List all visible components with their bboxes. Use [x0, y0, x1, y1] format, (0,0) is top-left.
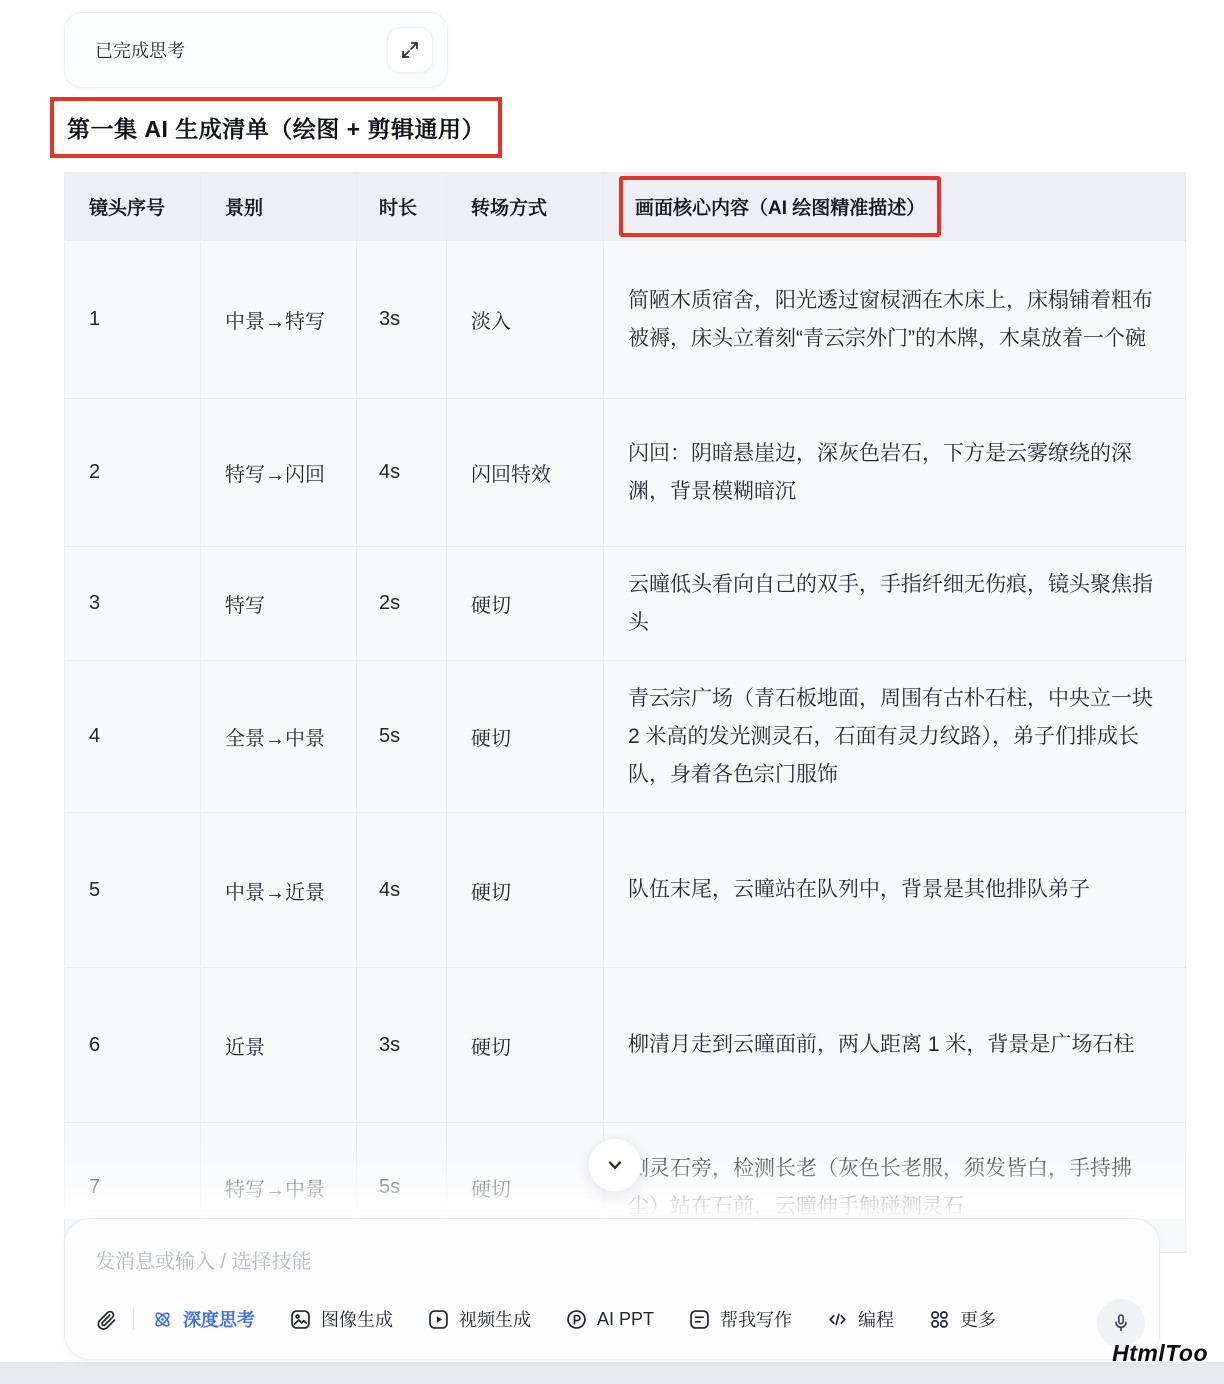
thinking-status-label: 已完成思考 — [95, 37, 387, 63]
table-row: 4全景→中景5s硬切青云宗广场（青石板地面，周围有古朴石柱，中央立一块 2 米高… — [65, 661, 1186, 813]
composer-toolbar: 深度思考图像生成视频生成AI PPT帮我写作编程更多 — [95, 1299, 1079, 1339]
description-cell: 简陋木质宿舍，阳光透过窗棂洒在木床上，床榻铺着粗布被褥，床头立着刻“青云宗外门”… — [604, 241, 1186, 399]
transition-cell: 淡入 — [447, 241, 604, 399]
description-cell: 云曈低头看向自己的双手，手指纤细无伤痕，镜头聚焦指头 — [604, 547, 1186, 661]
episode-title-box: 第一集 AI 生成清单（绘图 + 剪辑通用） — [50, 97, 502, 158]
transition-cell: 硬切 — [447, 661, 604, 813]
description-cell: 闪回：阴暗悬崖边，深灰色岩石，下方是云雾缭绕的深渊，背景模糊暗沉 — [604, 399, 1186, 547]
tool-label: 深度思考 — [183, 1306, 255, 1332]
tool-ai-ppt[interactable]: AI PPT — [565, 1308, 654, 1331]
duration-cell: 3s — [357, 968, 447, 1123]
table-row: 5中景→近景4s硬切队伍末尾，云曈站在队列中，背景是其他排队弟子 — [65, 813, 1186, 968]
ppt-icon — [565, 1308, 588, 1331]
paperclip-icon — [95, 1308, 118, 1331]
tool-label: 编程 — [858, 1306, 894, 1332]
tool-deep-thinking[interactable]: 深度思考 — [151, 1306, 255, 1332]
transition-cell: 硬切 — [447, 547, 604, 661]
transition-cell: 硬切 — [447, 968, 604, 1123]
image-icon — [289, 1308, 312, 1331]
tool-image-generation[interactable]: 图像生成 — [289, 1306, 393, 1332]
duration-cell: 5s — [357, 661, 447, 813]
table-row: 1中景→特写3s淡入简陋木质宿舍，阳光透过窗棂洒在木床上，床榻铺着粗布被褥，床头… — [65, 241, 1186, 399]
episode-title: 第一集 AI 生成清单（绘图 + 剪辑通用） — [67, 116, 485, 142]
shot-list-table: 镜头序号景别时长转场方式画面核心内容（AI 绘图精准描述） 1中景→特写3s淡入… — [64, 172, 1186, 1253]
table-row: 2特写→闪回4s闪回特效闪回：阴暗悬崖边，深灰色岩石，下方是云雾缭绕的深渊，背景… — [65, 399, 1186, 547]
thinking-status-card[interactable]: 已完成思考 — [64, 12, 448, 88]
shot-number-cell: 4 — [65, 661, 201, 813]
tool-more[interactable]: 更多 — [928, 1306, 996, 1332]
tool-video-generation[interactable]: 视频生成 — [427, 1306, 531, 1332]
tool-label: 更多 — [960, 1306, 996, 1332]
chat-input-card: 发消息或输入 / 选择技能 深度思考图像生成视频生成AI PPT帮我写作编程更多 — [64, 1218, 1160, 1360]
code-icon — [826, 1308, 849, 1331]
description-cell: 青云宗广场（青石板地面，周围有古朴石柱，中央立一块 2 米高的发光测灵石，石面有… — [604, 661, 1186, 813]
table-row: 6近景3s硬切柳清月走到云曈面前，两人距离 1 米，背景是广场石柱 — [65, 968, 1186, 1123]
shot-type-cell: 中景→近景 — [201, 813, 357, 968]
duration-cell: 3s — [357, 241, 447, 399]
scroll-to-bottom-button[interactable] — [588, 1138, 642, 1192]
description-cell: 柳清月走到云曈面前，两人距离 1 米，背景是广场石柱 — [604, 968, 1186, 1123]
shot-type-cell: 近景 — [201, 968, 357, 1123]
col-header-shot-type: 景别 — [201, 173, 357, 241]
col-header-shot-number: 镜头序号 — [65, 173, 201, 241]
table-header-row: 镜头序号景别时长转场方式画面核心内容（AI 绘图精准描述） — [65, 173, 1186, 241]
description-cell: 队伍末尾，云曈站在队列中，背景是其他排队弟子 — [604, 813, 1186, 968]
col-header-duration: 时长 — [357, 173, 447, 241]
video-icon — [427, 1308, 450, 1331]
tool-label: 帮我写作 — [720, 1306, 792, 1332]
expand-icon — [399, 39, 421, 61]
duration-cell: 2s — [357, 547, 447, 661]
shot-number-cell: 3 — [65, 547, 201, 661]
transition-cell: 闪回特效 — [447, 399, 604, 547]
duration-cell: 4s — [357, 813, 447, 968]
shot-number-cell: 6 — [65, 968, 201, 1123]
shot-type-cell: 特写 — [201, 547, 357, 661]
shot-type-cell: 中景→特写 — [201, 241, 357, 399]
col-header-transition: 转场方式 — [447, 173, 604, 241]
shot-number-cell: 2 — [65, 399, 201, 547]
tool-coding[interactable]: 编程 — [826, 1306, 894, 1332]
highlighted-column-header: 画面核心内容（AI 绘图精准描述） — [619, 176, 941, 237]
toolbar-divider — [133, 1308, 134, 1330]
watermark: HtmlToo — [1112, 1340, 1208, 1367]
duration-cell: 4s — [357, 399, 447, 547]
bottom-band — [0, 1362, 1224, 1384]
microphone-icon — [1110, 1312, 1132, 1334]
chevron-down-icon — [603, 1153, 627, 1177]
writing-icon — [688, 1308, 711, 1331]
col-header-description: 画面核心内容（AI 绘图精准描述） — [604, 173, 1186, 241]
tool-label: 图像生成 — [321, 1306, 393, 1332]
tool-label: AI PPT — [597, 1309, 654, 1330]
message-input[interactable]: 发消息或输入 / 选择技能 — [95, 1245, 312, 1274]
transition-cell: 硬切 — [447, 813, 604, 968]
table-row: 3特写2s硬切云曈低头看向自己的双手，手指纤细无伤痕，镜头聚焦指头 — [65, 547, 1186, 661]
atom-icon — [151, 1308, 174, 1331]
shot-type-cell: 全景→中景 — [201, 661, 357, 813]
tool-writing-help[interactable]: 帮我写作 — [688, 1306, 792, 1332]
shot-type-cell: 特写→闪回 — [201, 399, 357, 547]
tool-label: 视频生成 — [459, 1306, 531, 1332]
skill-buttons: 深度思考图像生成视频生成AI PPT帮我写作编程更多 — [151, 1306, 996, 1332]
chat-screen: 已完成思考 第一集 AI 生成清单（绘图 + 剪辑通用） 镜头序号景别时长转场方… — [0, 0, 1224, 1384]
attachment-button[interactable] — [95, 1308, 118, 1331]
shot-number-cell: 1 — [65, 241, 201, 399]
shot-number-cell: 5 — [65, 813, 201, 968]
more-grid-icon — [928, 1308, 951, 1331]
expand-thinking-button[interactable] — [387, 27, 433, 73]
